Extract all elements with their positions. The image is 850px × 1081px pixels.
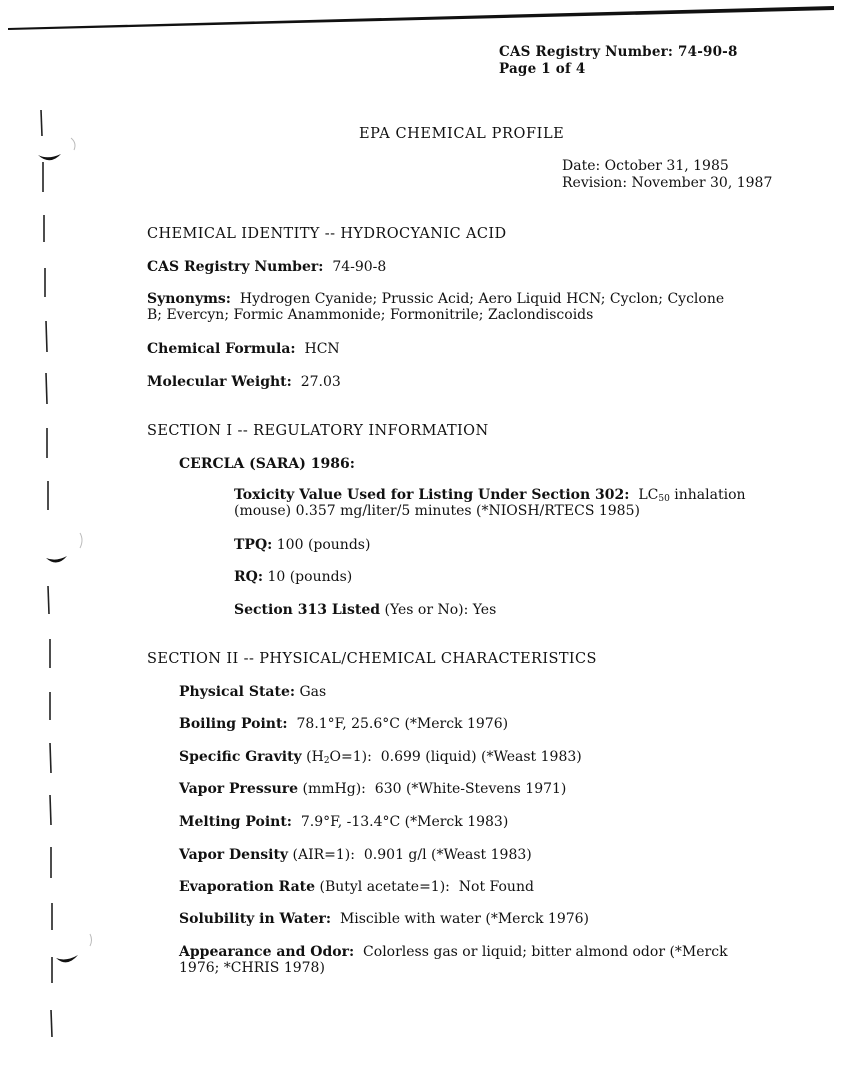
boiling-point-value: 78.1°F, 25.6°C (*Merck 1976) [297,716,509,732]
document-title: EPA CHEMICAL PROFILE [359,126,564,143]
toxicity-lc: LC [638,487,658,503]
solubility-field: Solubility in Water: Miscible with water… [179,911,589,928]
boiling-point-label: Boiling Point: [179,716,288,732]
specific-gravity-qualifier-post: O=1): [330,749,372,765]
synonyms-field: Synonyms: Hydrogen Cyanide; Prussic Acid… [147,291,724,308]
appearance-odor-value-line2: 1976; *CHRIS 1978) [179,960,325,977]
header-page-number: Page 1 of 4 [499,61,585,78]
molecular-weight-field: Molecular Weight: 27.03 [147,374,341,391]
vapor-density-field: Vapor Density (AIR=1): 0.901 g/l (*Weast… [179,847,532,864]
evaporation-rate-field: Evaporation Rate (Butyl acetate=1): Not … [179,879,534,896]
evaporation-rate-qualifier: (Butyl acetate=1): [319,879,449,895]
scan-top-rule [8,2,838,30]
document-date: Date: October 31, 1985 [562,158,729,175]
toxicity-lc-subscript: 50 [658,494,669,504]
section313-qualifier: (Yes or No): [384,602,468,618]
physical-state-label: Physical State: [179,684,295,700]
section2-heading: SECTION II -- PHYSICAL/CHEMICAL CHARACTE… [147,651,597,668]
header-cas-registry: CAS Registry Number: 74-90-8 [499,44,738,61]
section1-heading: SECTION I -- REGULATORY INFORMATION [147,423,489,440]
vapor-pressure-field: Vapor Pressure (mmHg): 630 (*White-Steve… [179,781,566,798]
vapor-density-qualifier: (AIR=1): [293,847,355,863]
section313-value: Yes [473,602,497,618]
vapor-pressure-label: Vapor Pressure [179,781,298,797]
solubility-label: Solubility in Water: [179,911,331,927]
vapor-density-value: 0.901 g/l (*Weast 1983) [364,847,532,863]
cercla-heading: CERCLA (SARA) 1986: [179,456,355,473]
synonyms-label: Synonyms: [147,291,231,307]
appearance-odor-label: Appearance and Odor: [179,944,354,960]
vapor-pressure-value: 630 (*White-Stevens 1971) [375,781,567,797]
molecular-weight-label: Molecular Weight: [147,374,292,390]
vapor-density-label: Vapor Density [179,847,288,863]
toxicity-value-line2: (mouse) 0.357 mg/liter/5 minutes (*NIOSH… [234,503,640,520]
toxicity-value-field: Toxicity Value Used for Listing Under Se… [234,487,746,504]
section313-label: Section 313 Listed [234,602,380,618]
specific-gravity-field: Specific Gravity (H2O=1): 0.699 (liquid)… [179,749,582,766]
cas-registry-label: CAS Registry Number: [147,259,323,275]
evaporation-rate-label: Evaporation Rate [179,879,315,895]
synonyms-value-line2: B; Evercyn; Formic Anammonide; Formonitr… [147,307,593,324]
specific-gravity-value: 0.699 (liquid) (*Weast 1983) [381,749,582,765]
appearance-odor-field: Appearance and Odor: Colorless gas or li… [179,944,728,961]
molecular-weight-value: 27.03 [301,374,341,390]
binding-marks [0,0,110,1081]
cas-registry-value: 74-90-8 [332,259,386,275]
section313-field: Section 313 Listed (Yes or No): Yes [234,602,496,619]
tpq-value: 100 (pounds) [277,537,371,553]
rq-label: RQ: [234,569,263,585]
physical-state-field: Physical State: Gas [179,684,326,701]
rq-value: 10 (pounds) [267,569,352,585]
specific-gravity-qualifier-pre: (H [306,749,324,765]
synonyms-value-line1: Hydrogen Cyanide; Prussic Acid; Aero Liq… [240,291,724,307]
solubility-value: Miscible with water (*Merck 1976) [340,911,589,927]
toxicity-route: inhalation [674,487,745,503]
rq-field: RQ: 10 (pounds) [234,569,352,586]
physical-state-value: Gas [299,684,326,700]
specific-gravity-label: Specific Gravity [179,749,302,765]
document-revision: Revision: November 30, 1987 [562,175,772,192]
melting-point-value: 7.9°F, -13.4°C (*Merck 1983) [301,814,508,830]
tpq-field: TPQ: 100 (pounds) [234,537,370,554]
evaporation-rate-value: Not Found [459,879,534,895]
vapor-pressure-qualifier: (mmHg): [303,781,366,797]
melting-point-field: Melting Point: 7.9°F, -13.4°C (*Merck 19… [179,814,508,831]
chemical-formula-label: Chemical Formula: [147,341,296,357]
cas-registry-field: CAS Registry Number: 74-90-8 [147,259,386,276]
chemical-formula-value: HCN [305,341,340,357]
melting-point-label: Melting Point: [179,814,292,830]
tpq-label: TPQ: [234,537,272,553]
appearance-odor-value-line1: Colorless gas or liquid; bitter almond o… [363,944,728,960]
chemical-formula-field: Chemical Formula: HCN [147,341,340,358]
chemical-identity-heading: CHEMICAL IDENTITY -- HYDROCYANIC ACID [147,226,507,243]
boiling-point-field: Boiling Point: 78.1°F, 25.6°C (*Merck 19… [179,716,508,733]
toxicity-label: Toxicity Value Used for Listing Under Se… [234,487,629,503]
